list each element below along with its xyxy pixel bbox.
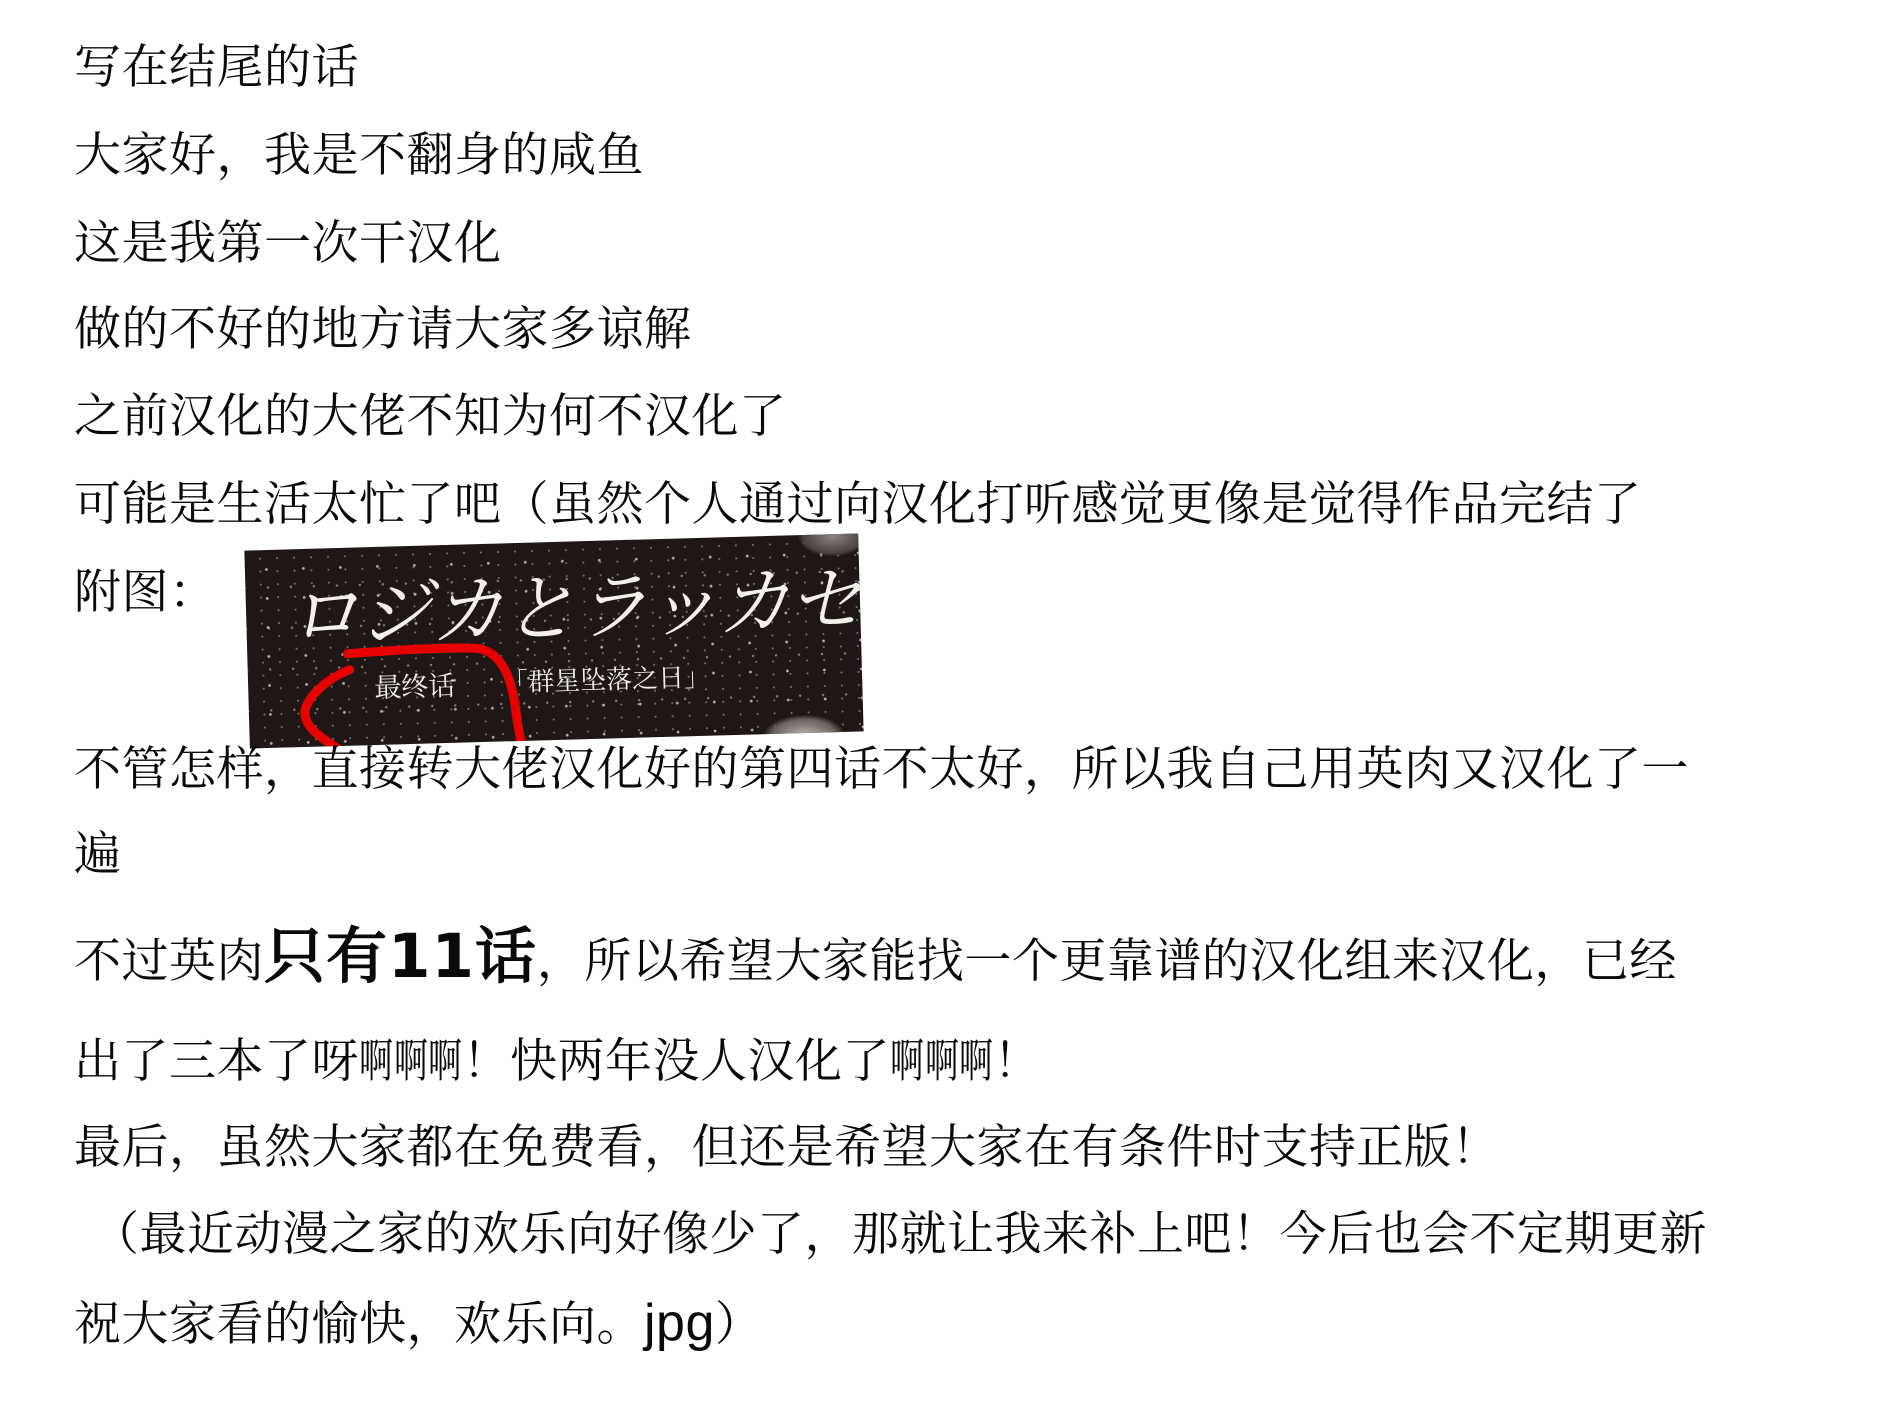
chapter-title: 「群星坠落之日」 xyxy=(502,662,711,700)
paragraph-line: 出了三本了呀啊啊啊！快两年没人汉化了啊啊啊！ xyxy=(74,1034,1041,1090)
text-segment: 祝大家看的愉快，欢乐向。 xyxy=(74,1297,644,1352)
exclaim-char: 啊 xyxy=(890,1034,924,1090)
line-prefix: 不过英肉 xyxy=(74,934,264,989)
emphasis-only-11-chapters: 只有11话 xyxy=(264,921,537,992)
final-chapter-label: 最终话 xyxy=(374,671,456,705)
paragraph-line-emphasis: 不过英肉只有11话，所以希望大家能找一个更靠谱的汉化组来汉化，已经 xyxy=(74,922,1677,992)
attachment-label: 附图： xyxy=(74,565,217,621)
attached-image: ロジカとラッカセイ 最终话 「群星坠落之日」 xyxy=(244,533,863,748)
paragraph-line: 这是我第一次干汉化 xyxy=(74,216,502,272)
exclaim-char: 啊 xyxy=(925,1034,959,1090)
paragraph-line: （最近动漫之家的欢乐向好像少了，那就让我来补上吧！今后也会不定期更新 xyxy=(92,1207,1707,1263)
line-rest: 所以希望大家能找一个更靠谱的汉化组来汉化，已经 xyxy=(584,934,1677,989)
text-segment: ！ xyxy=(994,1034,1042,1089)
exclaim-char: 啊 xyxy=(359,1034,393,1090)
exclaim-char: 啊 xyxy=(394,1034,428,1090)
exclaim-char: 啊 xyxy=(959,1034,993,1090)
paragraph-line: 大家好，我是不翻身的咸鱼 xyxy=(74,128,644,184)
paragraph-line: 可能是生活太忙了吧（虽然个人通过向汉化打听感觉更像是觉得作品完结了 xyxy=(74,477,1642,533)
text-segment: 出了三本了呀 xyxy=(74,1034,359,1089)
manga-title-logo: ロジカとラッカセイ xyxy=(285,553,864,661)
closing-paren: ） xyxy=(715,1297,763,1352)
paragraph-line: 遍 xyxy=(74,827,122,883)
comma: ， xyxy=(537,934,585,989)
paragraph-line: 不管怎样，直接转大佬汉化好的第四话不太好，所以我自己用英肉又汉化了一 xyxy=(74,742,1689,798)
text-segment: ！快两年没人汉化了 xyxy=(463,1034,891,1089)
heading-afterword: 写在结尾的话 xyxy=(74,40,359,96)
file-extension-text: jpg xyxy=(644,1294,715,1352)
closing-line: 祝大家看的愉快，欢乐向。jpg） xyxy=(74,1295,762,1351)
paragraph-line: 做的不好的地方请大家多谅解 xyxy=(74,302,692,358)
exclaim-char: 啊 xyxy=(428,1034,462,1090)
paragraph-line: 之前汉化的大佬不知为何不汉化了 xyxy=(74,389,787,445)
paragraph-line: 最后，虽然大家都在免费看，但还是希望大家在有条件时支持正版！ xyxy=(74,1120,1499,1176)
